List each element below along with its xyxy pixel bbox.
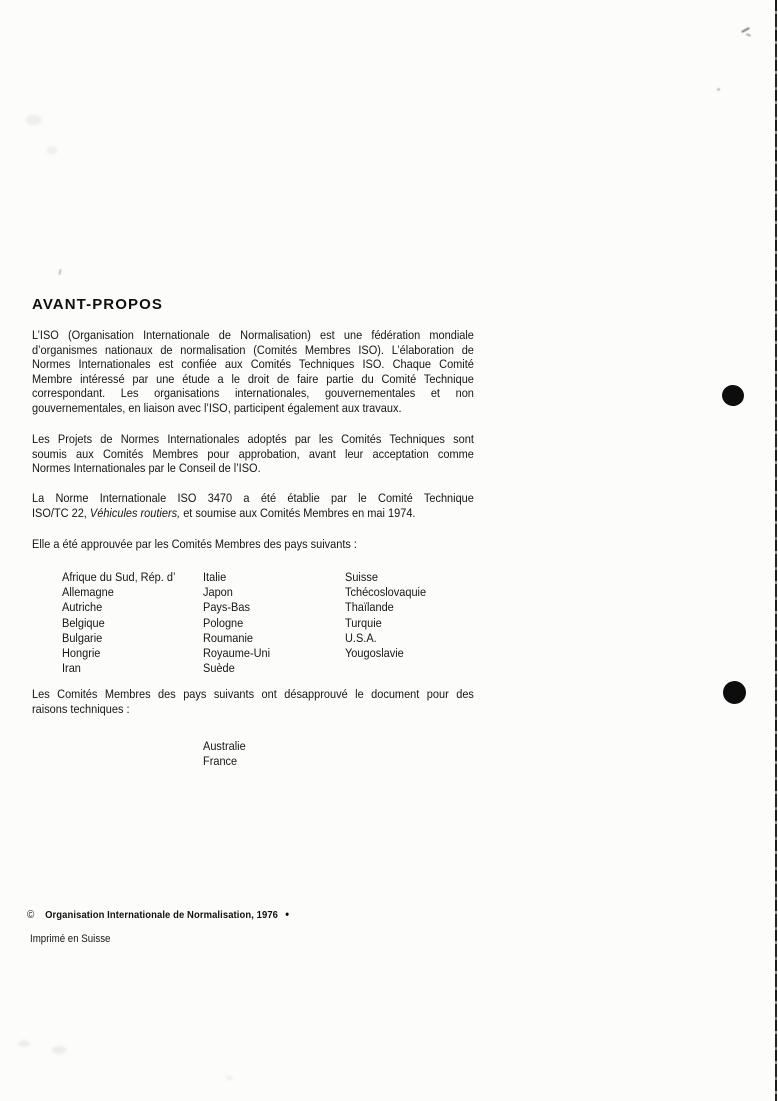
country-item: Hongrie bbox=[62, 646, 175, 661]
text-line: d’organismes nationaux de normalisation … bbox=[32, 343, 474, 358]
scan-speck bbox=[58, 269, 61, 275]
copyright-text: Organisation Internationale de Normalisa… bbox=[45, 909, 278, 921]
country-item: Pays-Bas bbox=[203, 600, 270, 615]
printed-in-note: Imprimé en Suisse bbox=[30, 932, 110, 946]
country-item: Suède bbox=[203, 661, 270, 676]
approved-countries-column-3: SuisseTchécoslovaquieThaïlandeTurquieU.S… bbox=[345, 570, 426, 661]
country-item: Suisse bbox=[345, 570, 426, 585]
country-item: Yougoslavie bbox=[345, 646, 426, 661]
country-item: Roumanie bbox=[203, 631, 270, 646]
country-item: Iran bbox=[62, 661, 175, 676]
country-item: Autriche bbox=[62, 600, 175, 615]
text-line: Normes Internationales par le Conseil de… bbox=[32, 461, 474, 476]
country-item: Japon bbox=[203, 585, 270, 600]
scan-smudge bbox=[52, 1046, 66, 1054]
copyright-symbol: © bbox=[27, 909, 34, 921]
section-heading: AVANT-PROPOS bbox=[32, 296, 163, 313]
foreword-paragraph-2: Les Projets de Normes Internationales ad… bbox=[32, 432, 474, 476]
approved-countries-column-1: Afrique du Sud, Rép. d’AllemagneAutriche… bbox=[62, 570, 175, 676]
scanned-document-page: AVANT-PROPOS L’ISO (Organisation Interna… bbox=[0, 0, 778, 1101]
text-line: Les Comités Membres des pays suivants on… bbox=[32, 687, 474, 702]
country-item: Australie bbox=[203, 739, 246, 754]
foreword-paragraph-1: L’ISO (Organisation Internationale de No… bbox=[32, 328, 474, 415]
country-item: Pologne bbox=[203, 616, 270, 631]
country-item: U.S.A. bbox=[345, 631, 426, 646]
country-item: Bulgarie bbox=[62, 631, 175, 646]
scan-smudge bbox=[226, 1076, 233, 1080]
para3-line2-before: ISO/TC 22, bbox=[32, 506, 90, 520]
scan-smudge bbox=[18, 1040, 30, 1047]
country-item: Royaume-Uni bbox=[203, 646, 270, 661]
scan-edge-line bbox=[775, 0, 777, 1101]
binding-dot-lower bbox=[722, 680, 747, 705]
country-item: Italie bbox=[203, 570, 270, 585]
text-line: Les Projets de Normes Internationales ad… bbox=[32, 432, 474, 447]
foreword-paragraph-3: La Norme Internationale ISO 3470 a été é… bbox=[32, 491, 474, 520]
binding-dot-upper bbox=[721, 384, 746, 408]
disapproved-countries-list: AustralieFrance bbox=[203, 739, 246, 769]
text-line: ISO/TC 22, Véhicules routiers, et soumis… bbox=[32, 506, 474, 521]
scan-speck bbox=[741, 27, 750, 33]
country-item: Afrique du Sud, Rép. d’ bbox=[62, 570, 175, 585]
scan-speck bbox=[746, 33, 751, 37]
text-line: soumis aux Comités Membres pour approbat… bbox=[32, 447, 474, 462]
disapproval-intro: Les Comités Membres des pays suivants on… bbox=[32, 687, 474, 716]
text-line: gouvernementales, en liaison avec l’ISO,… bbox=[32, 401, 474, 416]
scan-smudge bbox=[46, 146, 58, 154]
text-line: raisons techniques : bbox=[32, 702, 474, 717]
country-item: Belgique bbox=[62, 616, 175, 631]
text-line: Normes Internationales est confiée aux C… bbox=[32, 357, 474, 372]
scan-speck bbox=[717, 88, 720, 91]
approval-intro-line: Elle a été approuvée par les Comités Mem… bbox=[32, 537, 474, 552]
scan-smudge bbox=[26, 115, 42, 125]
country-item: Thaïlande bbox=[345, 600, 426, 615]
copyright-line: ©Organisation Internationale de Normalis… bbox=[27, 907, 289, 922]
text-line: La Norme Internationale ISO 3470 a été é… bbox=[32, 491, 474, 506]
text-line: correspondant. Les organisations interna… bbox=[32, 386, 474, 401]
para3-line2-after: et soumise aux Comités Membres en mai 19… bbox=[180, 506, 415, 520]
approved-countries-column-2: ItalieJaponPays-BasPologneRoumanieRoyaum… bbox=[203, 570, 270, 676]
end-bullet: • bbox=[285, 907, 289, 921]
country-item: Tchécoslovaquie bbox=[345, 585, 426, 600]
text-line: L’ISO (Organisation Internationale de No… bbox=[32, 328, 474, 343]
para3-italic-title: Véhicules routiers, bbox=[90, 506, 180, 520]
country-item: Allemagne bbox=[62, 585, 175, 600]
country-item: France bbox=[203, 754, 246, 769]
country-item: Turquie bbox=[345, 616, 426, 631]
text-line: Membre intéressé par une étude a le droi… bbox=[32, 372, 474, 387]
